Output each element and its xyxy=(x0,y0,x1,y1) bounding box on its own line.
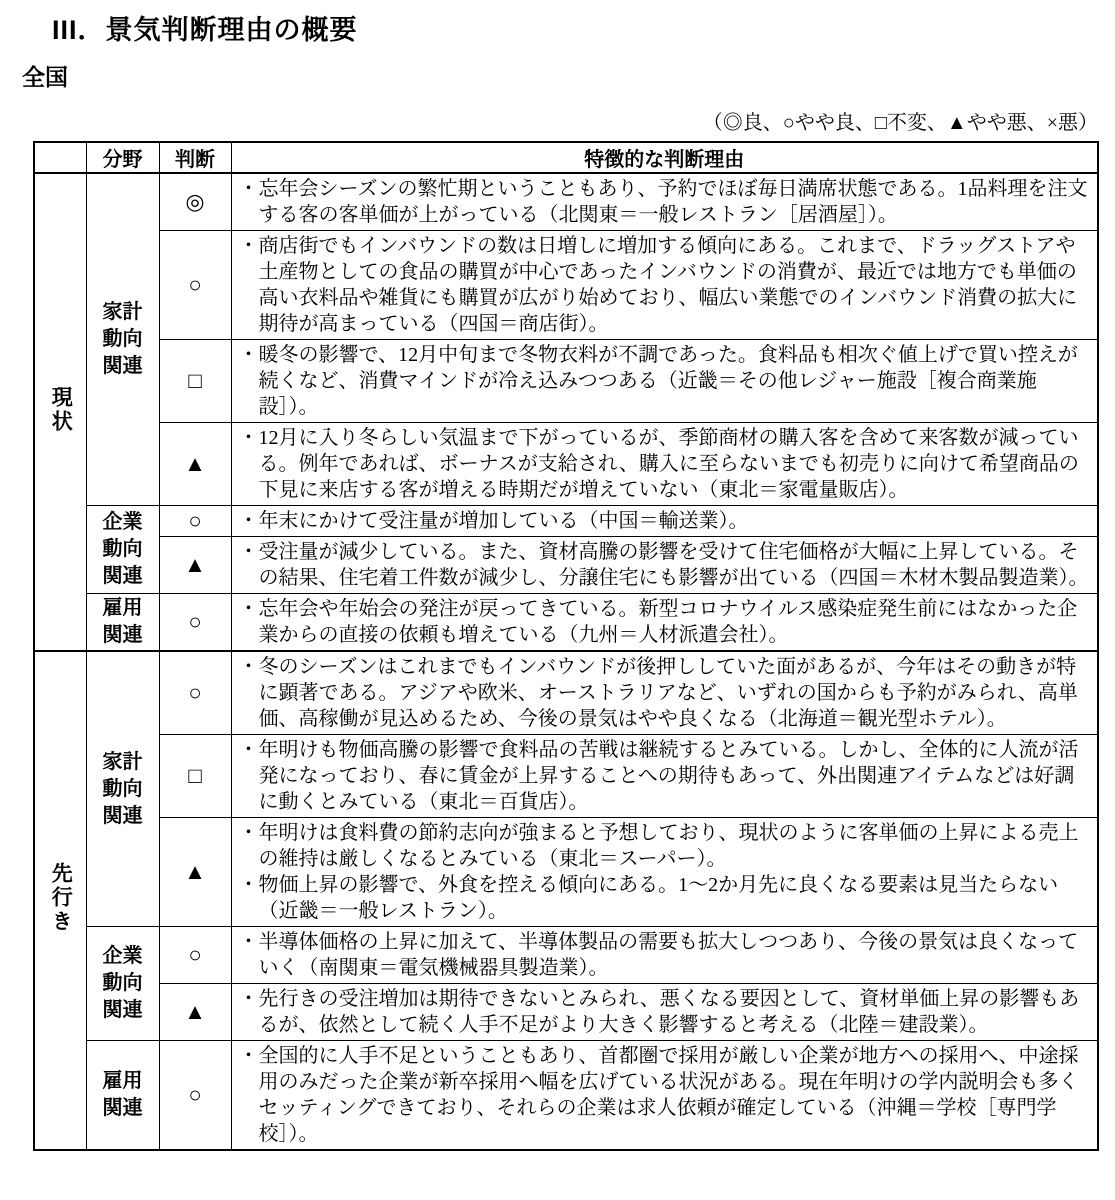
table-row: 企業動向関連 ○ ・半導体価格の上昇に加えて、半導体製品の需要も拡大しつつあり、… xyxy=(34,927,1098,984)
field-label-employment: 雇用関連 xyxy=(86,594,159,652)
table-row: ○ ・商店街でもインバウンドの数は日増しに増加する傾向にある。これまで、ドラッグ… xyxy=(34,231,1098,340)
field-column-header: 分野 xyxy=(86,142,159,173)
reason-cell: ・受注量が減少している。また、資材高騰の影響を受けて住宅価格が大幅に上昇している… xyxy=(231,537,1098,594)
reason-cell: ・全国的に人手不足ということもあり、首都圏で採用が厳しい企業が地方への採用へ、中… xyxy=(231,1041,1098,1151)
table-row: ▲ ・12月に入り冬らしい気温まで下がっているが、季節商材の購入客を含めて来客数… xyxy=(34,423,1098,506)
judgment-symbol: ○ xyxy=(159,594,231,652)
judgment-symbol: □ xyxy=(159,735,231,818)
reason-cell: ・商店街でもインバウンドの数は日増しに増加する傾向にある。これまで、ドラッグスト… xyxy=(231,231,1098,340)
reason-cell: ・暖冬の影響で、12月中旬まで冬物衣料が不調であった。食料品も相次ぐ値上げで買い… xyxy=(231,340,1098,423)
judgment-symbol: ▲ xyxy=(159,984,231,1041)
judgment-symbol: ▲ xyxy=(159,423,231,506)
reason-text: ・物価上昇の影響で、外食を控える傾向にある。1～2か月先に良くなる要素は見当たら… xyxy=(239,872,1092,924)
judgment-symbol: ▲ xyxy=(159,537,231,594)
field-label-text: 雇用関連 xyxy=(102,595,143,649)
judgment-symbol: □ xyxy=(159,340,231,423)
field-label-text: 企業動向関連 xyxy=(102,509,143,590)
table-row: □ ・暖冬の影響で、12月中旬まで冬物衣料が不調であった。食料品も相次ぐ値上げで… xyxy=(34,340,1098,423)
stage-label-current: 現状 xyxy=(34,173,86,651)
table-row: 企業動向関連 ○ ・年末にかけて受注量が増加している（中国＝輸送業）。 xyxy=(34,506,1098,537)
judgment-symbol: ○ xyxy=(159,927,231,984)
reason-text: ・年明けは食料費の節約志向が強まると予想しており、現状のように客単価の上昇による… xyxy=(239,820,1092,872)
judgment-symbol: ○ xyxy=(159,231,231,340)
region-heading: 全国 xyxy=(22,59,1115,92)
table-row: ▲ ・年明けは食料費の節約志向が強まると予想しており、現状のように客単価の上昇に… xyxy=(34,818,1098,927)
stage-label-text: 現状 xyxy=(45,386,75,434)
table-header-row: 分野 判断 特徴的な判断理由 xyxy=(34,142,1098,173)
reason-text: ・半導体価格の上昇に加えて、半導体製品の需要も拡大しつつあり、今後の景気は良くな… xyxy=(239,929,1092,981)
field-label-employment: 雇用関連 xyxy=(86,1041,159,1151)
stage-label-text: 先行き xyxy=(45,862,75,934)
field-label-text: 雇用関連 xyxy=(102,1068,143,1122)
table-row: ▲ ・受注量が減少している。また、資材高騰の影響を受けて住宅価格が大幅に上昇して… xyxy=(34,537,1098,594)
table-row: □ ・年明けも物価高騰の影響で食料品の苦戦は継続するとみている。しかし、全体的に… xyxy=(34,735,1098,818)
judgment-symbol: ▲ xyxy=(159,818,231,927)
reason-cell: ・忘年会や年始会の発注が戻ってきている。新型コロナウイルス感染症発生前にはなかっ… xyxy=(231,594,1098,652)
field-label-text: 家計動向関連 xyxy=(102,299,143,380)
reason-cell: ・先行きの受注増加は期待できないとみられ、悪くなる要因として、資材単価上昇の影響… xyxy=(231,984,1098,1041)
reason-cell: ・冬のシーズンはこれまでもインバウンドが後押ししていた面があるが、今年はその動き… xyxy=(231,651,1098,735)
field-label-corporate: 企業動向関連 xyxy=(86,506,159,594)
page-title: III．景気判断理由の概要 xyxy=(52,8,1115,47)
table-row: 現状 家計動向関連 ◎ ・忘年会シーズンの繁忙期ということもあり、予約でほぼ毎日… xyxy=(34,173,1098,231)
judgment-symbol: ○ xyxy=(159,506,231,537)
table-row: 先行き 家計動向関連 ○ ・冬のシーズンはこれまでもインバウンドが後押ししていた… xyxy=(34,651,1098,735)
table-row: 雇用関連 ○ ・全国的に人手不足ということもあり、首都圏で採用が厳しい企業が地方… xyxy=(34,1041,1098,1151)
reason-cell: ・12月に入り冬らしい気温まで下がっているが、季節商材の購入客を含めて来客数が減… xyxy=(231,423,1098,506)
corner-header-cell xyxy=(34,142,86,173)
field-label-household: 家計動向関連 xyxy=(86,173,159,506)
reason-text: ・年末にかけて受注量が増加している（中国＝輸送業）。 xyxy=(239,508,1092,534)
document-page: III．景気判断理由の概要 全国 （◎良、○やや良、□不変、▲やや悪、×悪） 分… xyxy=(0,0,1115,1200)
field-label-text: 企業動向関連 xyxy=(102,943,143,1024)
reason-text: ・全国的に人手不足ということもあり、首都圏で採用が厳しい企業が地方への採用へ、中… xyxy=(239,1043,1092,1147)
judgment-symbol: ◎ xyxy=(159,173,231,231)
reason-text: ・忘年会や年始会の発注が戻ってきている。新型コロナウイルス感染症発生前にはなかっ… xyxy=(239,596,1092,648)
judgment-symbol: ○ xyxy=(159,1041,231,1151)
field-label-text: 家計動向関連 xyxy=(102,749,143,830)
judgment-reasons-table: 分野 判断 特徴的な判断理由 現状 家計動向関連 ◎ ・忘年会シーズンの繁忙期と… xyxy=(33,141,1099,1151)
reason-text: ・12月に入り冬らしい気温まで下がっているが、季節商材の購入客を含めて来客数が減… xyxy=(239,425,1092,503)
reason-cell: ・年明けも物価高騰の影響で食料品の苦戦は継続するとみている。しかし、全体的に人流… xyxy=(231,735,1098,818)
table-row: ▲ ・先行きの受注増加は期待できないとみられ、悪くなる要因として、資材単価上昇の… xyxy=(34,984,1098,1041)
reason-cell: ・年末にかけて受注量が増加している（中国＝輸送業）。 xyxy=(231,506,1098,537)
reason-text: ・受注量が減少している。また、資材高騰の影響を受けて住宅価格が大幅に上昇している… xyxy=(239,539,1092,591)
stage-label-outlook: 先行き xyxy=(34,651,86,1150)
field-label-corporate: 企業動向関連 xyxy=(86,927,159,1041)
reason-cell: ・忘年会シーズンの繁忙期ということもあり、予約でほぼ毎日満席状態である。1品料理… xyxy=(231,173,1098,231)
reason-text: ・忘年会シーズンの繁忙期ということもあり、予約でほぼ毎日満席状態である。1品料理… xyxy=(239,176,1092,228)
field-label-household: 家計動向関連 xyxy=(86,651,159,927)
symbol-legend: （◎良、○やや良、□不変、▲やや悪、×悪） xyxy=(0,106,1098,135)
table-row: 雇用関連 ○ ・忘年会や年始会の発注が戻ってきている。新型コロナウイルス感染症発… xyxy=(34,594,1098,652)
reason-column-header: 特徴的な判断理由 xyxy=(231,142,1098,173)
reason-text: ・冬のシーズンはこれまでもインバウンドが後押ししていた面があるが、今年はその動き… xyxy=(239,654,1092,732)
reason-text: ・先行きの受注増加は期待できないとみられ、悪くなる要因として、資材単価上昇の影響… xyxy=(239,986,1092,1038)
reason-text: ・商店街でもインバウンドの数は日増しに増加する傾向にある。これまで、ドラッグスト… xyxy=(239,233,1092,337)
judgment-column-header: 判断 xyxy=(159,142,231,173)
reason-cell: ・年明けは食料費の節約志向が強まると予想しており、現状のように客単価の上昇による… xyxy=(231,818,1098,927)
reason-cell: ・半導体価格の上昇に加えて、半導体製品の需要も拡大しつつあり、今後の景気は良くな… xyxy=(231,927,1098,984)
judgment-symbol: ○ xyxy=(159,651,231,735)
reason-text: ・暖冬の影響で、12月中旬まで冬物衣料が不調であった。食料品も相次ぐ値上げで買い… xyxy=(239,342,1092,420)
reason-text: ・年明けも物価高騰の影響で食料品の苦戦は継続するとみている。しかし、全体的に人流… xyxy=(239,737,1092,815)
